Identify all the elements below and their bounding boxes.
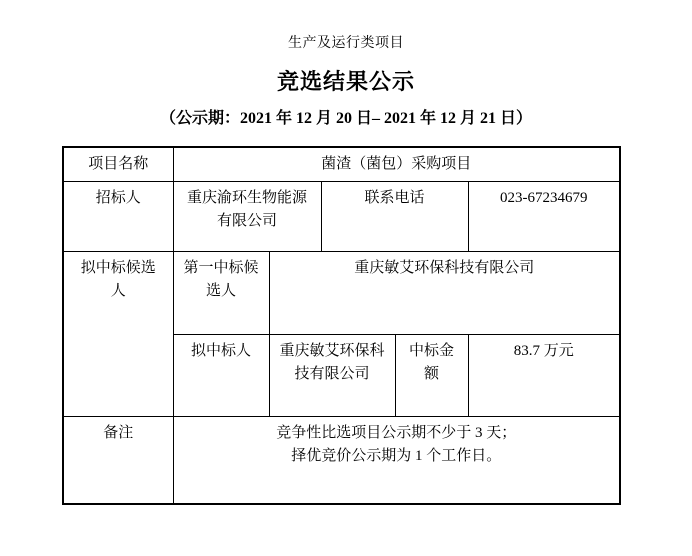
first-candidate-label-cell: 第一中标候 选人 bbox=[173, 252, 269, 335]
project-name-value-cell: 菌渣（菌包）采购项目 bbox=[173, 147, 620, 182]
tenderer-value-cell: 重庆渝环生物能源 有限公司 bbox=[173, 182, 321, 252]
project-name-label-cell: 项目名称 bbox=[63, 147, 173, 182]
publicity-period: （公示期：2021 年 12 月 20 日– 2021 年 12 月 21 日） bbox=[0, 108, 692, 130]
tenderer-label-cell: 招标人 bbox=[63, 182, 173, 252]
announcement-document: 生产及运行类项目 竞选结果公示 （公示期：2021 年 12 月 20 日– 2… bbox=[0, 0, 692, 556]
category-title: 生产及运行类项目 bbox=[0, 0, 692, 54]
table-row: 备注 竞争性比选项目公示期不少于 3 天； 择优竞价公示期为 1 个工作日。 bbox=[63, 417, 620, 504]
contact-phone-label-cell: 联系电话 bbox=[321, 182, 468, 252]
page-title: 竞选结果公示 bbox=[0, 68, 692, 95]
table-row: 招标人 重庆渝环生物能源 有限公司 联系电话 023-67234679 bbox=[63, 182, 620, 252]
contact-phone-value-cell: 023-67234679 bbox=[468, 182, 620, 252]
candidates-label-cell: 拟中标候选 人 bbox=[63, 252, 173, 417]
proposed-winner-value-cell: 重庆敏艾环保科 技有限公司 bbox=[269, 335, 395, 417]
first-candidate-value-cell: 重庆敏艾环保科技有限公司 bbox=[269, 252, 620, 335]
result-table: 项目名称 菌渣（菌包）采购项目 招标人 重庆渝环生物能源 有限公司 联系电话 0… bbox=[62, 146, 621, 505]
award-amount-value-cell: 83.7 万元 bbox=[468, 335, 620, 417]
remarks-value-cell: 竞争性比选项目公示期不少于 3 天； 择优竞价公示期为 1 个工作日。 bbox=[173, 417, 620, 504]
remarks-label-cell: 备注 bbox=[63, 417, 173, 504]
table-row: 项目名称 菌渣（菌包）采购项目 bbox=[63, 147, 620, 182]
proposed-winner-label-cell: 拟中标人 bbox=[173, 335, 269, 417]
table-row: 拟中标候选 人 第一中标候 选人 重庆敏艾环保科技有限公司 bbox=[63, 252, 620, 335]
award-amount-label-cell: 中标金额 bbox=[395, 335, 468, 417]
